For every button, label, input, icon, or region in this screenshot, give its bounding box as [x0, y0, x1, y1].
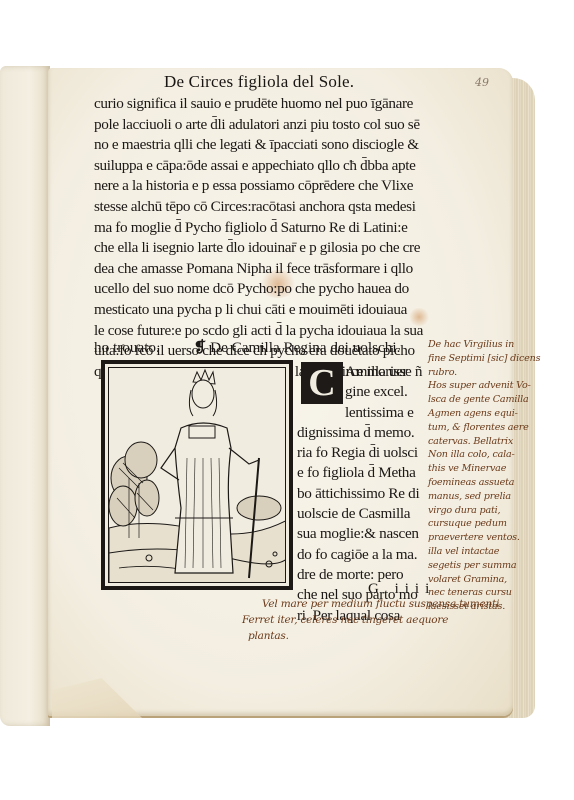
text-line: nere a la historia e p essa possiamo cōp…: [94, 176, 414, 197]
text-line: suiluppa e cāpa:ōde assai e appechiato q…: [94, 156, 414, 177]
text-line: lentissima e: [297, 403, 442, 423]
text-line: ria fo Regia d̄i uolsci: [297, 443, 442, 463]
handwritten-line: Vel mare per medium fluctu suspensa tume…: [262, 596, 499, 612]
handwritten-line: plantas.: [248, 628, 499, 644]
section-heading-line: ho trouato. ❡ De Camilla Regina dei uols…: [94, 338, 434, 357]
text-line: curio significa il sauio e prudēte huomo…: [94, 94, 414, 115]
handwritten-line: this ve Minervae: [428, 462, 540, 476]
handwritten-line: fine Septimi [sic] dicens: [428, 352, 540, 366]
handwritten-line: foemineas assueta: [428, 476, 540, 490]
text-line: dignissima d̄ memo.: [297, 423, 442, 443]
handwritten-line: virgo dura pati,: [428, 504, 540, 518]
handwritten-line: De hac Virgilius in: [428, 338, 540, 352]
handwritten-line: praevertere ventos.: [428, 531, 540, 545]
handwritten-line: rubro.: [428, 366, 540, 380]
text-line: no e maestria qlli che legati & īpacciat…: [94, 135, 414, 156]
decorated-initial-c: C: [301, 362, 343, 404]
text-line: do fo cagiōe a la ma.: [297, 545, 442, 565]
chapter-heading: De Circes figliola del Sole.: [164, 72, 354, 92]
handwritten-line: illa vel intactae: [428, 545, 540, 559]
text-line: dea che amasse Pomana Nipha il fece trās…: [94, 259, 414, 280]
pilcrow-icon: ❡: [194, 339, 207, 356]
text-line: e fo figliola d̄ Metha: [297, 463, 442, 483]
text-line: stesse alchū tēpo cō Circes:racōtasi anc…: [94, 197, 414, 218]
handwritten-line: tum, & florentes aere: [428, 421, 540, 435]
handwritten-line: cursuque pedum: [428, 517, 540, 531]
text-line: pole lacciuoli o arte d̄li adulatori anz…: [94, 115, 414, 136]
text-line: ho trouato.: [94, 339, 160, 356]
margin-annotation: De hac Virgilius in fine Septimi [sic] d…: [428, 338, 540, 614]
handwritten-line: Ferret iter, celeres nec tingeret aequor…: [242, 612, 499, 628]
handwritten-line: catervas. Bellatrix: [428, 435, 540, 449]
handwritten-line: segetis per summa: [428, 559, 540, 573]
handwritten-line: Non illa colo, cala-: [428, 448, 540, 462]
handwritten-line: volaret Gramina,: [428, 573, 540, 587]
text-line: ma fo moglie d̄ Pycho figliolo d̄ Saturn…: [94, 218, 414, 239]
section-heading: De Camilla Regina dei uolschi.: [210, 339, 400, 356]
handwritten-line: lsca de gente Camilla: [428, 393, 540, 407]
text-line: uolscie de Casmilla: [297, 504, 442, 524]
handwritten-line: Hos super advenit Vo-: [428, 379, 540, 393]
handwritten-line: manus, sed prelia: [428, 490, 540, 504]
text-line: sua moglie:& nascen: [297, 524, 442, 544]
crowned-woman-woodcut-icon: [109, 368, 286, 583]
text-line: mesticato una pycha p li chui cāti e mou…: [94, 300, 414, 321]
facing-page-left: [0, 66, 50, 726]
folio-number: 49: [475, 76, 489, 89]
text-line: ucello del suo nome dcō Pycho:po che pyc…: [94, 279, 414, 300]
bottom-annotation: Vel mare per medium fluctu suspensa tume…: [262, 596, 499, 644]
woodcut-illustration: [101, 360, 293, 590]
handwritten-line: Agmen agens equi-: [428, 407, 540, 421]
text-line: bo āttichissimo Re di: [297, 484, 442, 504]
text-line: che ella li isegnio larte d̄lo idouinar̄…: [94, 238, 414, 259]
